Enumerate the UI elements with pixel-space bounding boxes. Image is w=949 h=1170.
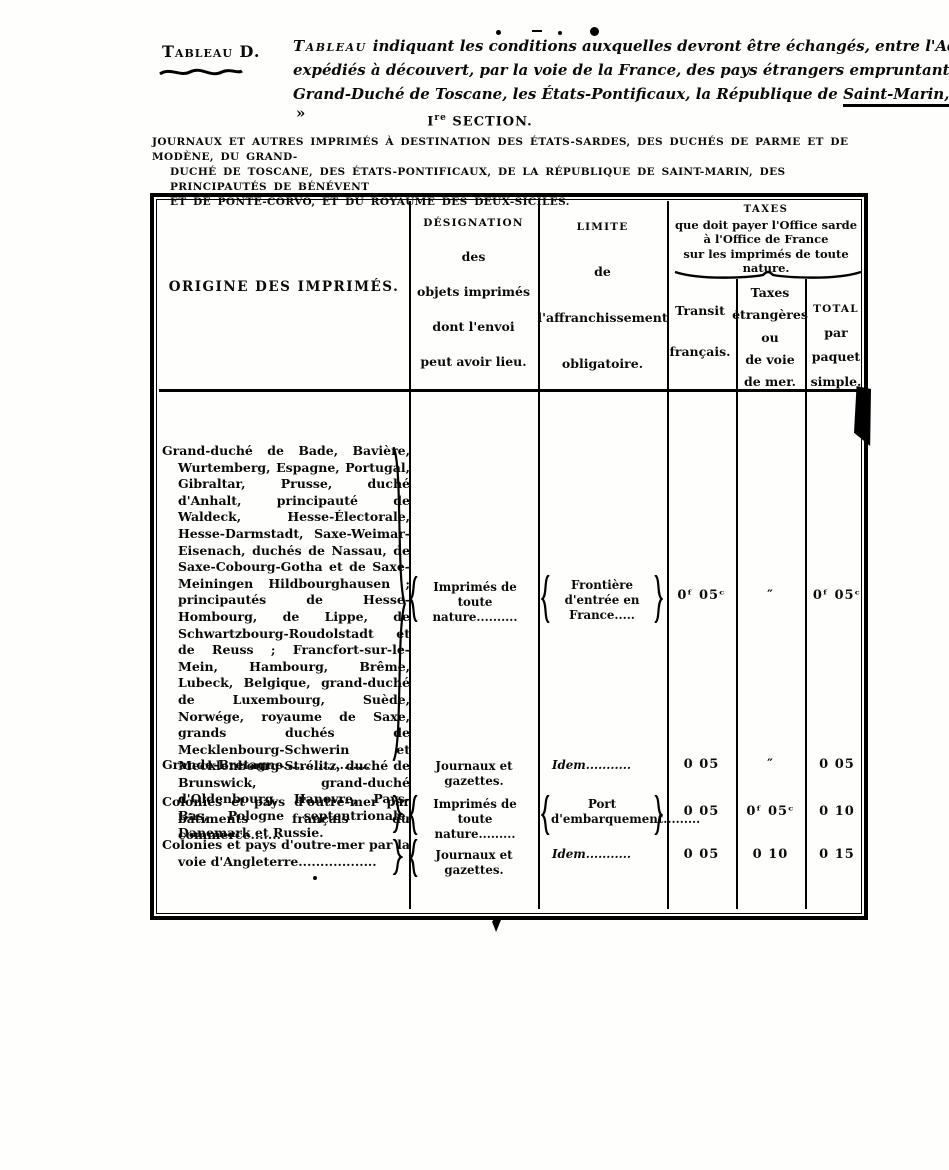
right-brace	[654, 575, 663, 623]
title-line-3: Grand-Duché de Toscane, les États-Pontif…	[293, 82, 893, 106]
table-row-transit: 0 05	[667, 804, 736, 819]
left-brace	[541, 795, 550, 835]
document-title: Tableauindiquant les conditions auxquell…	[293, 34, 893, 106]
table-row-total: 0 10	[805, 804, 869, 819]
table-row-designation: Imprimés de toute nature.........	[418, 797, 532, 842]
scanned-page: Tableau D. Tableauindiquant les conditio…	[0, 0, 949, 1170]
table-row-limite: Idem...........	[544, 758, 662, 773]
header-total: TOTAL par paquet simple.	[804, 303, 868, 389]
table-row-origine: Grand-duché de Bade, Bavière, Wurtemberg…	[162, 443, 410, 841]
rates-table: ORIGINE DES IMPRIMÉS. DÉSIGNATION des ob…	[150, 193, 868, 920]
guillemet-mark: »	[296, 104, 305, 122]
right-brace	[392, 447, 407, 761]
tableau-label: Tableau D.	[162, 42, 260, 61]
left-brace	[541, 575, 550, 623]
ink-smudge	[313, 876, 317, 880]
header-rule	[159, 389, 859, 392]
title-lead-word: Tableau	[293, 37, 367, 55]
table-row-designation: Journaux et gazettes.	[412, 848, 536, 878]
title-line-1: Tableauindiquant les conditions auxquell…	[293, 34, 893, 58]
swash-underline	[158, 64, 244, 78]
section-heading: Ire SECTION.	[330, 113, 630, 129]
right-brace	[654, 795, 663, 835]
underlined-saint-marin: Saint-Marin,	[843, 85, 949, 107]
table-row-etrangeres: ″	[736, 757, 805, 772]
table-row-limite: Frontière d'entrée en France.....	[551, 578, 653, 623]
table-row-etrangeres: ″	[736, 588, 805, 603]
table-row-total: 0 05	[805, 757, 869, 772]
right-brace	[392, 839, 403, 875]
table-row-transit: 0 05	[667, 847, 736, 862]
table-row-etrangeres: 0ᶠ 05ᶜ	[736, 804, 805, 819]
table-row-total: 0 15	[805, 847, 869, 862]
title-line-2: expédiés à découvert, par la voie de la …	[293, 58, 893, 82]
ink-smudge	[532, 30, 542, 32]
header-taxes-etrangeres: Taxes étrangères ou de voie de mer.	[736, 285, 804, 389]
header-taxes-group: TAXES que doit payer l'Office sarde à l'…	[666, 203, 866, 276]
table-row-designation: Journaux et gazettes.	[412, 759, 536, 789]
table-row-origine: Grande-Bretagne....................	[162, 757, 402, 774]
left-brace	[409, 576, 418, 622]
table-row-total: 0ᶠ 05ᶜ	[805, 588, 869, 603]
table-row-transit: 0 05	[667, 757, 736, 772]
header-designation: DÉSIGNATION des objets imprimés dont l'e…	[411, 217, 536, 369]
subject-line: DUCHÉ DE TOSCANE, DES ÉTATS-PONTIFICAUX,…	[152, 165, 884, 195]
horizontal-brace	[673, 266, 863, 278]
left-brace	[409, 795, 418, 835]
subject-line: JOURNAUX ET AUTRES IMPRIMÉS À DESTINATIO…	[152, 135, 884, 165]
table-row-limite: Port d'embarquement.........	[551, 797, 653, 827]
header-limite: LIMITE de l'affranchissement obligatoire…	[540, 221, 665, 371]
table-row-origine: Colonies et pays d'outre-mer par la voie…	[162, 837, 410, 870]
header-origine: ORIGINE DES IMPRIMÉS.	[164, 279, 404, 295]
table-row-limite: Idem...........	[544, 847, 662, 862]
table-row-designation: Imprimés de toute nature..........	[418, 580, 532, 625]
table-row-etrangeres: 0 10	[736, 847, 805, 862]
right-brace	[392, 795, 403, 833]
table-row-transit: 0ᶠ 05ᶜ	[667, 588, 736, 603]
header-transit: Transit français.	[666, 303, 734, 359]
